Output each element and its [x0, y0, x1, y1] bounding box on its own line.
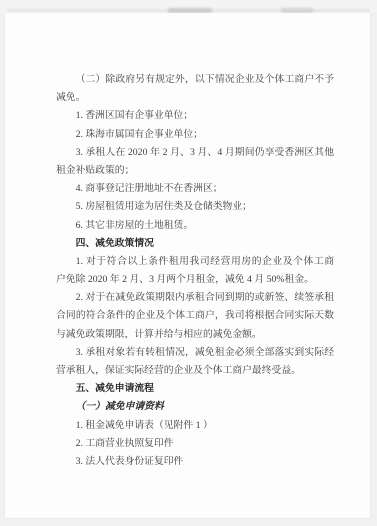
document-line: 4. 商事登记注册地址不在香洲区；	[56, 180, 334, 198]
document-viewer: （二）除政府另有规定外，以下情况企业及个体工商户不予减免。1. 香洲区国有企事业…	[0, 0, 377, 526]
document-line: 营承租人，保证实际经营的企业及个体工商户最终受益。	[56, 362, 334, 380]
document-line: 3. 承租对象若有转租情况，减免租金必须全部落实到实际经	[56, 344, 334, 362]
document-line: 3. 承租人在 2020 年 2 月、3 月、4 月期间仍享受香洲区其他	[56, 144, 334, 162]
document-line: 2. 工商营业执照复印件	[56, 435, 334, 453]
document-line: 1. 香洲区国有企事业单位；	[56, 107, 334, 125]
document-line: 1. 对于符合以上条件租用我司经营用房的企业及个体工商	[56, 253, 334, 271]
document-line: 合同的符合条件的企业及个体工商户，我司将根据合同实际天数	[56, 307, 334, 325]
document-line: （一）减免申请资料	[56, 398, 334, 416]
document-line: 2. 珠海市属国有企事业单位；	[56, 126, 334, 144]
document-line: 减免。	[56, 89, 334, 107]
document-line: （二）除政府另有规定外，以下情况企业及个体工商户不予	[56, 71, 334, 89]
document-line: 四、减免政策情况	[56, 235, 334, 253]
document-line: 1. 租金减免申请表（见附件 1 ）	[56, 417, 334, 435]
document-line: 3. 法人代表身份证复印件	[56, 453, 334, 471]
document-line: 五、减免申请流程	[56, 380, 334, 398]
document-line: 租金补贴政策的；	[56, 162, 334, 180]
document-line: 户免除 2020 年 2 月、3 月两个月租金，减免 4 月 50%租金。	[56, 271, 334, 289]
document-page: （二）除政府另有规定外，以下情况企业及个体工商户不予减免。1. 香洲区国有企事业…	[4, 13, 371, 519]
document-line: 5. 房屋租赁用途为居住类及仓储类物业；	[56, 198, 334, 216]
document-line: 2. 对于在减免政策期限内承租合同到期的或新签、续签承租	[56, 289, 334, 307]
document-line: 6. 其它非房屋的土地租赁。	[56, 217, 334, 235]
document-line: 与减免政策期限，计算并给与相应的减免金额。	[56, 326, 334, 344]
document-text: （二）除政府另有规定外，以下情况企业及个体工商户不予减免。1. 香洲区国有企事业…	[56, 71, 334, 471]
